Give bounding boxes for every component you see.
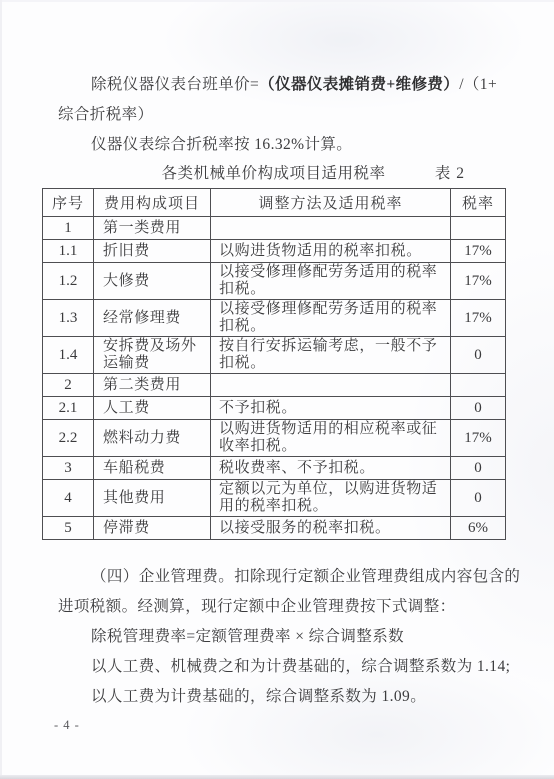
cell-item: 折旧费	[94, 240, 211, 263]
cell-no: 4	[43, 480, 94, 517]
cell-method: 按自行安拆运输考虑，一般不予扣税。	[211, 337, 451, 374]
cell-no: 1.2	[43, 263, 94, 300]
table-caption: 各类机械单价构成项目适用税率 表 2	[42, 160, 505, 188]
cell-no: 1.3	[43, 300, 94, 337]
section4-line-1: （四）企业管理费。扣除现行定额企业管理费组成内容包含的	[58, 562, 505, 592]
cell-item: 第二类费用	[94, 374, 211, 397]
cell-item: 第一类费用	[94, 217, 211, 240]
cell-rate	[451, 217, 506, 240]
cell-item: 燃料动力费	[94, 420, 211, 457]
cell-rate: 0	[451, 397, 506, 420]
col-header-method: 调整方法及适用税率	[211, 189, 451, 217]
cell-no: 3	[43, 457, 94, 480]
cell-rate: 0	[451, 457, 506, 480]
cell-method: 定额以元为单位，以购进货物适用的税率扣税。	[211, 480, 451, 517]
section-enterprise-management-fee: （四）企业管理费。扣除现行定额企业管理费组成内容包含的 进项税额。经测算，现行定…	[42, 562, 505, 712]
table-row: 1 第一类费用	[43, 217, 506, 240]
cell-item: 大修费	[94, 263, 211, 300]
cell-method: 以购进货物适用的税率扣税。	[211, 240, 451, 263]
cell-method	[211, 374, 451, 397]
cell-no: 2	[43, 374, 94, 397]
section4-line-5: 以人工费为计费基础的，综合调整系数为 1.09。	[58, 682, 505, 712]
table-number: 表 2	[435, 160, 465, 188]
cell-no: 5	[43, 517, 94, 540]
cell-method: 以接受服务的税率扣税。	[211, 517, 451, 540]
cell-method: 税收费率、不予扣税。	[211, 457, 451, 480]
cell-no: 1.1	[43, 240, 94, 263]
table-row: 4 其他费用 定额以元为单位，以购进货物适用的税率扣税。 0	[43, 480, 506, 517]
cell-item: 人工费	[94, 397, 211, 420]
table-title: 各类机械单价构成项目适用税率	[161, 165, 385, 182]
section4-line-4: 以人工费、机械费之和为计费基础的，综合调整系数为 1.14;	[58, 652, 505, 682]
cell-rate: 0	[451, 480, 506, 517]
cell-rate	[451, 374, 506, 397]
page-number: - 4 -	[54, 718, 505, 733]
cell-no: 2.2	[43, 420, 94, 457]
intro-paragraph: 除税仪器仪表台班单价=（仪器仪表摊销费+维修费）/（1+ 综合折税率） 仪器仪表…	[42, 70, 505, 160]
section4-line-2: 进项税额。经测算，现行定额中企业管理费按下式调整：	[58, 592, 505, 622]
cell-no: 1	[43, 217, 94, 240]
table-row: 1.2 大修费 以接受修理修配劳务适用的税率扣税。 17%	[43, 263, 506, 300]
section4-line-3: 除税管理费率=定额管理费率 × 综合调整系数	[58, 622, 505, 652]
intro-line1-pre: 除税仪器仪表台班单价=	[91, 76, 259, 93]
cell-method: 以购进货物适用的相应税率或征收率扣税。	[211, 420, 451, 457]
table-row: 2 第二类费用	[43, 374, 506, 397]
cell-rate: 6%	[451, 517, 506, 540]
table-row: 3 车船税费 税收费率、不予扣税。 0	[43, 457, 506, 480]
cell-item: 经常修理费	[94, 300, 211, 337]
intro-line-2: 综合折税率）	[58, 100, 505, 130]
cell-no: 2.1	[43, 397, 94, 420]
cell-method: 以接受修理修配劳务适用的税率扣税。	[211, 263, 451, 300]
cell-rate: 0	[451, 337, 506, 374]
table-row: 5 停滞费 以接受服务的税率扣税。 6%	[43, 517, 506, 540]
col-header-item: 费用构成项目	[94, 189, 211, 217]
cell-method: 不予扣税。	[211, 397, 451, 420]
cell-no: 1.4	[43, 337, 94, 374]
col-header-rate: 税率	[451, 189, 506, 217]
cell-rate: 17%	[451, 263, 506, 300]
intro-line-1: 除税仪器仪表台班单价=（仪器仪表摊销费+维修费）/（1+	[58, 70, 505, 100]
cell-item: 停滞费	[94, 517, 211, 540]
cell-item: 其他费用	[94, 480, 211, 517]
intro-line-3: 仪器仪表综合折税率按 16.32%计算。	[58, 130, 505, 160]
col-header-no: 序号	[43, 189, 94, 217]
cell-rate: 17%	[451, 300, 506, 337]
table-row: 2.1 人工费 不予扣税。 0	[43, 397, 506, 420]
table-row: 2.2 燃料动力费 以购进货物适用的相应税率或征收率扣税。 17%	[43, 420, 506, 457]
table-row: 1.1 折旧费 以购进货物适用的税率扣税。 17%	[43, 240, 506, 263]
cell-method: 以接受修理修配劳务适用的税率扣税。	[211, 300, 451, 337]
intro-line1-emphasis: （仪器仪表摊销费+维修费）	[259, 76, 459, 93]
cell-item: 安拆费及场外运输费	[94, 337, 211, 374]
cell-rate: 17%	[451, 240, 506, 263]
tax-rate-table: 序号 费用构成项目 调整方法及适用税率 税率 1 第一类费用 1.1 折旧费 以…	[42, 188, 506, 540]
table-header-row: 序号 费用构成项目 调整方法及适用税率 税率	[43, 189, 506, 217]
document-page: 除税仪器仪表台班单价=（仪器仪表摊销费+维修费）/（1+ 综合折税率） 仪器仪表…	[0, 0, 554, 779]
intro-line1-post: /（1+	[459, 76, 497, 93]
table-row: 1.4 安拆费及场外运输费 按自行安拆运输考虑，一般不予扣税。 0	[43, 337, 506, 374]
cell-method	[211, 217, 451, 240]
table-row: 1.3 经常修理费 以接受修理修配劳务适用的税率扣税。 17%	[43, 300, 506, 337]
cell-rate: 17%	[451, 420, 506, 457]
cell-item: 车船税费	[94, 457, 211, 480]
